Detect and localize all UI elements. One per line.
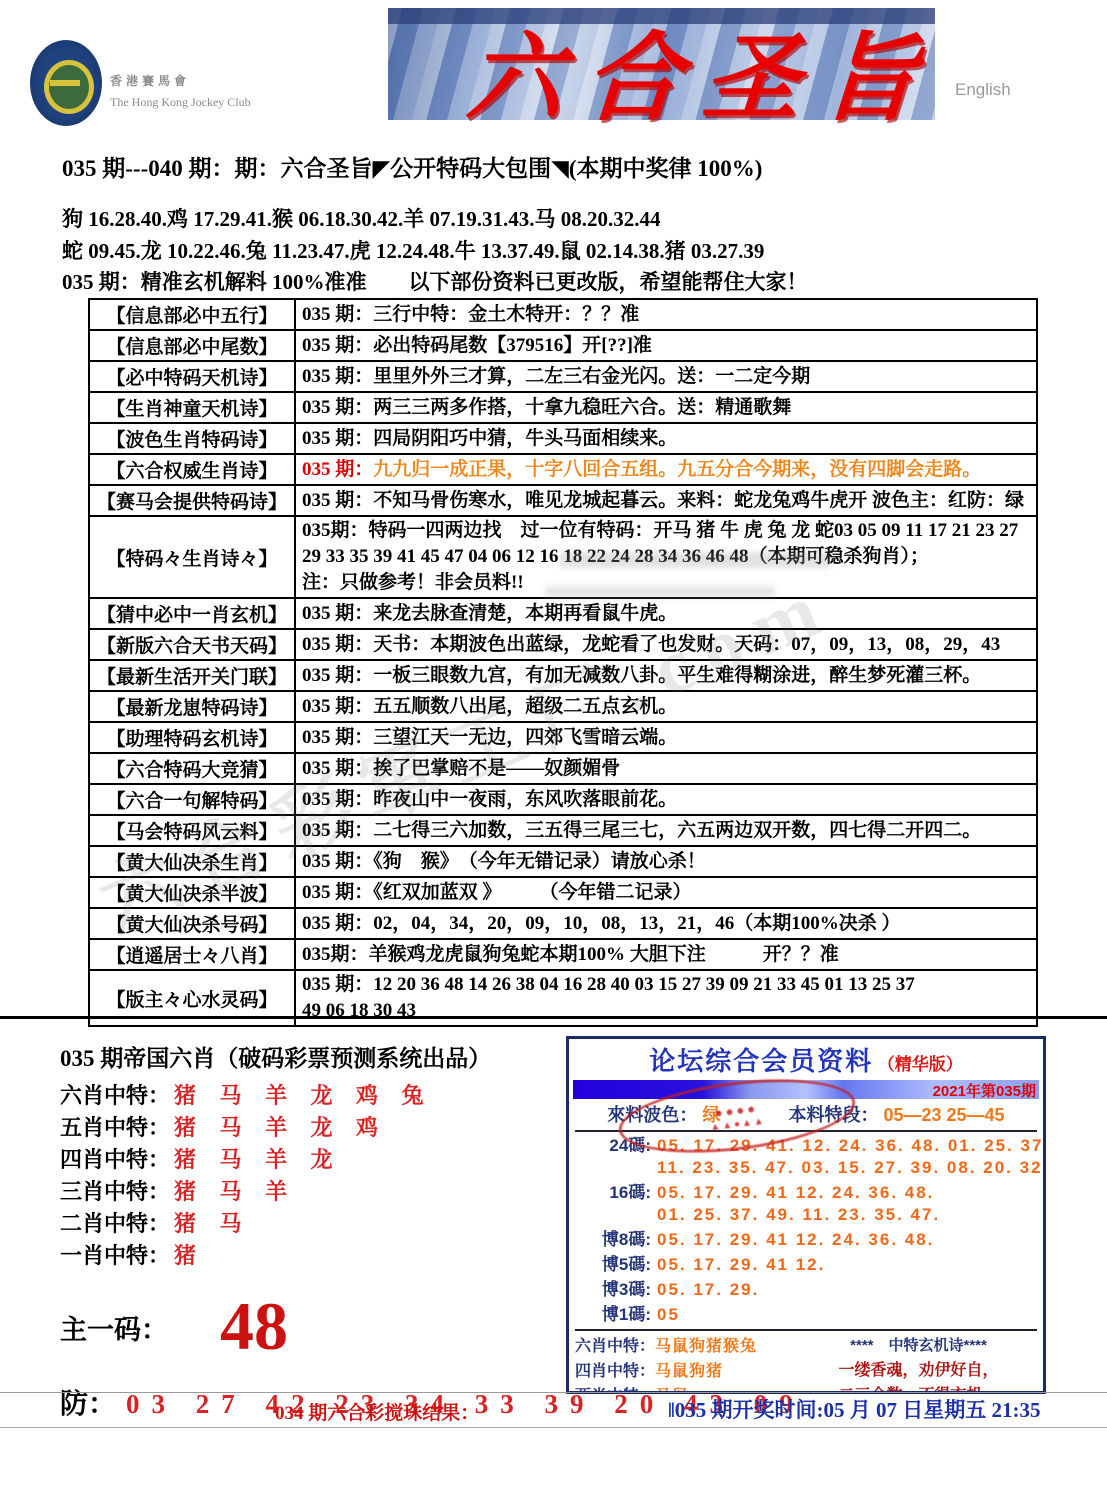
empire-row-value: 猪 马 羊 龙 [174,1147,342,1172]
row-label: 【最新龙崽特码诗】 [89,691,295,722]
row-content-line: 035 期：必出特码尾数【379516】开[??]准 [302,333,1030,359]
blurred-redaction [560,552,830,568]
row-content: 035 期：必出特码尾数【379516】开[??]准 [295,330,1037,361]
member-code-lines: 05. 17. 29. 41 12. 24. 36. 48. [657,1229,934,1251]
member-zodiac-row: 四肖中特：马鼠狗猪 [575,1359,800,1384]
row-period-prefix: 035 期： [302,459,373,480]
member-bottom-block: 六肖中特：马鼠狗猪猴兔四肖中特：马鼠狗猪两肖中特：马鼠 **** 中特玄机诗**… [575,1334,1037,1394]
table-row: 【赛马会提供特码诗】035 期：不知马骨伤寒水，唯见龙城起暮云。来料：蛇龙兔鸡牛… [89,485,1037,516]
row-label: 【黄大仙决杀生肖】 [89,846,295,877]
table-row: 【黄大仙决杀生肖】035 期：《狗 猴》 （今年无错记录）请放心杀！ [89,846,1037,877]
row-content: 035 期：02，04，34，20，09，10，08，13，21，46（本期10… [295,908,1037,939]
hkjc-logo-emblem [44,60,94,114]
row-content-line: 035期：特码一四两边找 过一位有特码：开马 猪 牛 虎 兔 龙 蛇03 05 … [302,518,1030,544]
row-label: 【特码々生肖诗々】 [89,516,295,598]
empire-rows: 六肖中特：猪 马 羊 龙 鸡 兔五肖中特：猪 马 羊 龙 鸡四肖中特：猪 马 羊… [60,1081,560,1273]
row-label: 【新版六合天书天码】 [89,629,295,660]
row-content: 035 期：两三三两多作搭，十拿九稳旺六合。送：精通歌舞 [295,392,1037,423]
empire-row-value: 猪 马 羊 [174,1179,296,1204]
row-content: 035 期：昨夜山中一夜雨，东风吹落眼前花。 [295,784,1037,815]
member-zodiac-value: 马鼠狗猪猴兔 [655,1338,757,1355]
member-title-main: 论坛综合会员资料 [649,1046,873,1076]
member-code-lines: 05. 17. 29. [657,1279,759,1301]
row-content: 035期：羊猴鸡龙虎鼠狗兔蛇本期100% 大胆下注 开？？准 [295,939,1037,970]
row-content: 035 期：《红双加蓝双 》 （今年错二记录） [295,877,1037,908]
member-code-line: 11. 23. 35. 47. 03. 15. 27. 39. 08. 20. … [657,1157,1046,1179]
member-code-row: 24碼:05. 17. 29. 41. 12. 24. 36. 48. 01. … [573,1135,1039,1179]
table-row: 【新版六合天书天码】035 期：天书：本期波色出蓝绿，龙蛇看了也发财。天码：07… [89,629,1037,660]
member-code-line: 05. 17. 29. 41 12. [657,1254,825,1276]
hkjc-logo [30,40,102,126]
row-content-line: 035 期：12 20 36 48 14 26 38 04 16 28 40 0… [302,972,1030,998]
range-label: 本料特段： [788,1105,878,1125]
member-code-row: 博1碼:05 [573,1304,1039,1326]
row-content: 035 期：里里外外三才算，二左三右金光闪。送：一二定今期 [295,361,1037,392]
row-content-line: 035 期：不知马骨伤寒水，唯见龙城起暮云。来料：蛇龙兔鸡牛虎开 波色主：红防：… [302,488,1030,514]
row-label: 【波色生肖特码诗】 [89,423,295,454]
row-content: 035 期：二七得三六加数，三五得三尾三七，六五两边双开数，四七得二开四二。 [295,815,1037,846]
table-row: 【助理特码玄机诗】035 期：三望江天一无边，四郊飞雪暗云端。 [89,722,1037,753]
table-row: 【六合一句解特码】035 期：昨夜山中一夜雨，东风吹落眼前花。 [89,784,1037,815]
main-code-label: 主一码： [60,1315,168,1345]
table-row: 【猜中必中一肖玄机】035 期：来龙去脉查清楚，本期再看鼠牛虎。 [89,598,1037,629]
row-content-line: 035 期：来龙去脉查清楚，本期再看鼠牛虎。 [302,601,1030,627]
row-label: 【生肖神童天机诗】 [89,392,295,423]
empire-row: 四肖中特：猪 马 羊 龙 [60,1145,560,1177]
notice-line: 035 期：精准玄机解料 100%准准 以下部份资料已更改版，希望能帮住大家！ [62,266,808,296]
table-row: 【最新生活开关门联】035 期：一板三眼数九宫，有加无减数八卦。平生难得糊涂进，… [89,660,1037,691]
table-row: 【马会特码风云料】035 期：二七得三六加数，三五得三尾三七，六五两边双开数，四… [89,815,1037,846]
row-content: 035 期：三望江天一无边，四郊飞雪暗云端。 [295,722,1037,753]
row-content: 035 期：三行中特：金土木特开：？？准 [295,299,1037,330]
empire-row: 五肖中特：猪 马 羊 龙 鸡 [60,1113,560,1145]
row-content: 035 期：不知马骨伤寒水，唯见龙城起暮云。来料：蛇龙兔鸡牛虎开 波色主：红防：… [295,485,1037,516]
empire-row-value: 猪 马 [174,1211,251,1236]
poem-line-1: 一缕香魂，劝伊好自， [800,1358,1037,1383]
hkjc-name-en: The Hong Kong Jockey Club [110,95,251,110]
row-label: 【逍遥居士々八肖】 [89,939,295,970]
member-zodiac-rows: 六肖中特：马鼠狗猪猴兔四肖中特：马鼠狗猪两肖中特：马鼠 [575,1334,800,1394]
row-content: 035 期：四局阴阳巧中猜，牛头马面相续来。 [295,423,1037,454]
member-code-line: 05 [657,1304,680,1326]
row-content-line: 035 期：《狗 猴》 （今年无错记录）请放心杀！ [302,849,1030,875]
row-content-line: 035 期：三行中特：金土木特开：？？准 [302,302,1030,328]
row-content-line: 035 期：挨了巴掌赔不是——奴颜媚骨 [302,756,1030,782]
empire-row-label: 六肖中特： [60,1083,170,1108]
row-label: 【六合一句解特码】 [89,784,295,815]
zodiac-numbers-line-2: 蛇 09.45.龙 10.22.46.兔 11.23.47.虎 12.24.48… [62,235,764,265]
table-row: 【六合特码大竞猜】035 期：挨了巴掌赔不是——奴颜媚骨 [89,753,1037,784]
footer-line-bottom [0,1427,1107,1428]
row-content-line: 035 期：02，04，34，20，09，10，08，13，21，46（本期10… [302,911,1030,937]
section-divider [0,1016,1107,1019]
lottery-sheet-page: 香港賽馬會 The Hong Kong Jockey Club 六合圣旨 Eng… [0,0,1107,1500]
row-content: 035 期：来龙去脉查清楚，本期再看鼠牛虎。 [295,598,1037,629]
table-row: 【黄大仙决杀半波】035 期：《红双加蓝双 》 （今年错二记录） [89,877,1037,908]
member-zodiac-label: 两肖中特： [575,1388,655,1394]
row-label: 【助理特码玄机诗】 [89,722,295,753]
table-row: 【最新龙崽特码诗】035 期：五五顺数八出尾，超级二五点玄机。 [89,691,1037,722]
row-content-line: 035 期：《红双加蓝双 》 （今年错二记录） [302,880,1030,906]
poem-title: **** 中特玄机诗**** [800,1334,1037,1358]
row-label: 【黄大仙决杀半波】 [89,877,295,908]
table-row: 【信息部必中尾数】035 期：必出特码尾数【379516】开[??]准 [89,330,1037,361]
row-label: 【必中特码天机诗】 [89,361,295,392]
row-content: 035 期：五五顺数八出尾，超级二五点玄机。 [295,691,1037,722]
row-label: 【信息部必中尾数】 [89,330,295,361]
hkjc-name-zh: 香港賽馬會 [110,72,251,89]
row-label: 【信息部必中五行】 [89,299,295,330]
wave-color-line: 來料波色： 绿 本料特段： 05—23 25—45 [577,1101,1035,1127]
member-title-suffix: （精华版） [878,1055,963,1074]
member-code-row: 16碼:05. 17. 29. 41 12. 24. 36. 48.01. 25… [573,1182,1039,1226]
member-code-rows: 24碼:05. 17. 29. 41. 12. 24. 36. 48. 01. … [569,1135,1043,1326]
hkjc-logo-text: 香港賽馬會 The Hong Kong Jockey Club [110,72,251,110]
english-link[interactable]: English [955,80,1011,100]
row-accent-text: 九九归一成正果，十字八回合五组。九五分合今期来，没有四脚会走路。 [373,459,981,480]
empire-row: 六肖中特：猪 马 羊 龙 鸡 兔 [60,1081,560,1113]
row-label: 【最新生活开关门联】 [89,660,295,691]
row-content-line: 035 期：一板三眼数九宫，有加无减数八卦。平生难得糊涂进，醉生梦死灌三杯。 [302,663,1030,689]
row-content-line: 035 期：二七得三六加数，三五得三尾三七，六五两边双开数，四七得二开四二。 [302,818,1030,844]
row-content-line: 035期：羊猴鸡龙虎鼠狗兔蛇本期100% 大胆下注 开？？准 [302,942,1030,968]
row-content: 035 期：《狗 猴》 （今年无错记录）请放心杀！ [295,846,1037,877]
main-code-value: 48 [220,1288,288,1364]
empire-row: 一肖中特：猪 [60,1241,560,1273]
row-content: 035 期：挨了巴掌赔不是——奴颜媚骨 [295,753,1037,784]
footer-line-top [0,1392,1107,1393]
empire-row-label: 五肖中特： [60,1115,170,1140]
blurred-redaction [545,586,775,598]
row-content: 035 期：九九归一成正果，十字八回合五组。九五分合今期来，没有四脚会走路。 [295,454,1037,485]
row-content: 035 期：一板三眼数九宫，有加无减数八卦。平生难得糊涂进，醉生梦死灌三杯。 [295,660,1037,691]
empire-row: 二肖中特：猪 马 [60,1209,560,1241]
member-code-label: 博5碼: [573,1254,651,1276]
member-zodiac-label: 四肖中特： [575,1363,655,1380]
table-row: 【波色生肖特码诗】035 期：四局阴阳巧中猜，牛头马面相续来。 [89,423,1037,454]
member-zodiac-label: 六肖中特： [575,1338,655,1355]
row-content-line: 035 期：两三三两多作搭，十拿九稳旺六合。送：精通歌舞 [302,395,1030,421]
table-row: 【黄大仙决杀号码】035 期：02，04，34，20，09，10，08，13，2… [89,908,1037,939]
subtitle: 035 期---040 期：期：六合圣旨◤公开特码大包围◥(本期中奖律 100%… [62,150,762,183]
row-content: 035 期：天书：本期波色出蓝绿，龙蛇看了也发财。天码：07，09，13，08，… [295,629,1037,660]
member-zodiac-value: 马鼠狗猪 [655,1363,723,1380]
table-row: 【必中特码天机诗】035 期：里里外外三才算，二左三右金光闪。送：一二定今期 [89,361,1037,392]
row-content-line: 035 期：三望江天一无边，四郊飞雪暗云端。 [302,725,1030,751]
table-row: 【逍遥居士々八肖】035期：羊猴鸡龙虎鼠狗兔蛇本期100% 大胆下注 开？？准 [89,939,1037,970]
row-content-line: 035 期：天书：本期波色出蓝绿，龙蛇看了也发财。天码：07，09，13，08，… [302,632,1030,658]
member-code-row: 博3碼:05. 17. 29. [573,1279,1039,1301]
row-content-line: 035 期：四局阴阳巧中猜，牛头马面相续来。 [302,426,1030,452]
row-label: 【六合特码大竞猜】 [89,753,295,784]
row-content-line: 035 期：九九归一成正果，十字八回合五组。九五分合今期来，没有四脚会走路。 [302,457,1030,483]
page-title: 六合圣旨 [463,2,945,139]
main-code-line: 主一码： 48 [60,1287,560,1366]
member-code-line: 05. 17. 29. 41 12. 24. 36. 48. [657,1229,934,1251]
member-code-lines: 05. 17. 29. 41 12. [657,1254,825,1276]
zodiac-numbers-line-1: 狗 16.28.40.鸡 17.29.41.猴 06.18.30.42.羊 07… [62,203,661,233]
row-content-line: 035 期：里里外外三才算，二左三右金光闪。送：一二定今期 [302,364,1030,390]
empire-row-value: 猪 马 羊 龙 鸡 [174,1115,387,1140]
member-code-line: 01. 25. 37. 49. 11. 23. 35. 47. [657,1204,940,1226]
period-text: 2021年第035期 [933,1080,1036,1101]
member-rule-bottom [575,1329,1037,1331]
draw-time: ‖035 期开奖时间:05 月 07 日星期五 21:35 [668,1394,1041,1424]
empire-row: 三肖中特：猪 马 羊 [60,1177,560,1209]
empire-row-label: 二肖中特： [60,1211,170,1236]
period-bar: 2021年第035期 [573,1080,1039,1099]
member-code-lines: 05 [657,1304,680,1326]
member-box-title: 论坛综合会员资料 （精华版） [569,1041,1043,1078]
table-row: 【信息部必中五行】035 期：三行中特：金土木特开：？？准 [89,299,1037,330]
table-row: 【六合权威生肖诗】035 期：九九归一成正果，十字八回合五组。九五分合今期来，没… [89,454,1037,485]
guard-label: 防： [60,1389,116,1420]
hkjc-logo-bar [50,80,80,86]
empire-row-label: 四肖中特： [60,1147,170,1172]
row-label: 【马会特码风云料】 [89,815,295,846]
member-code-row: 博8碼:05. 17. 29. 41 12. 24. 36. 48. [573,1229,1039,1251]
wave-value: 绿 [702,1105,720,1125]
member-code-lines: 05. 17. 29. 41 12. 24. 36. 48.01. 25. 37… [657,1182,940,1226]
table-row: 【生肖神童天机诗】035 期：两三三两多作搭，十拿九稳旺六合。送：精通歌舞 [89,392,1037,423]
row-label: 【猜中必中一肖玄机】 [89,598,295,629]
previous-result-label: 034 期六合彩搅珠结果： [275,1398,479,1425]
row-content-line: 035 期：昨夜山中一夜雨，东风吹落眼前花。 [302,787,1030,813]
member-code-line: 05. 17. 29. [657,1279,759,1301]
row-content-line: 49 06 18 30 43 [302,998,1030,1024]
row-label: 【赛马会提供特码诗】 [89,485,295,516]
predictions-table: 【信息部必中五行】035 期：三行中特：金土木特开：？？准【信息部必中尾数】03… [88,298,1038,1027]
empire-row-value: 猪 [174,1243,205,1268]
member-code-label: 博3碼: [573,1279,651,1301]
empire-row-value: 猪 马 羊 龙 鸡 兔 [174,1083,433,1108]
member-code-line: 05. 17. 29. 41 12. 24. 36. 48. [657,1182,940,1204]
empire-row-label: 一肖中特： [60,1243,170,1268]
mystic-poem-block: **** 中特玄机诗**** 一缕香魂，劝伊好自， 二三合数，不得玄机。 [800,1334,1037,1394]
empire-title: 035 期帝国六肖（破码彩票预测系统出品） [60,1040,560,1073]
member-code-label: 博1碼: [573,1304,651,1326]
member-code-row: 博5碼:05. 17. 29. 41 12. [573,1254,1039,1276]
member-code-lines: 05. 17. 29. 41. 12. 24. 36. 48. 01. 25. … [657,1135,1046,1179]
member-rule-top [575,1130,1037,1132]
empire-row-label: 三肖中特： [60,1179,170,1204]
wave-label: 來料波色： [607,1105,697,1125]
empire-six-zodiac-section: 035 期帝国六肖（破码彩票预测系统出品） 六肖中特：猪 马 羊 龙 鸡 兔五肖… [60,1040,560,1422]
row-label: 【六合权威生肖诗】 [89,454,295,485]
member-code-label: 博8碼: [573,1229,651,1251]
row-label: 【黄大仙决杀号码】 [89,908,295,939]
range-value: 05—23 25—45 [883,1105,1004,1125]
member-data-box: 论坛综合会员资料 （精华版） 2021年第035期 來料波色： 绿 本料特段： … [566,1036,1046,1394]
member-code-line: 05. 17. 29. 41. 12. 24. 36. 48. 01. 25. … [657,1135,1046,1157]
row-content-line: 035 期：五五顺数八出尾，超级二五点玄机。 [302,694,1030,720]
member-code-label: 24碼: [573,1135,651,1179]
member-zodiac-row: 六肖中特：马鼠狗猪猴兔 [575,1334,800,1359]
member-code-label: 16碼: [573,1182,651,1226]
